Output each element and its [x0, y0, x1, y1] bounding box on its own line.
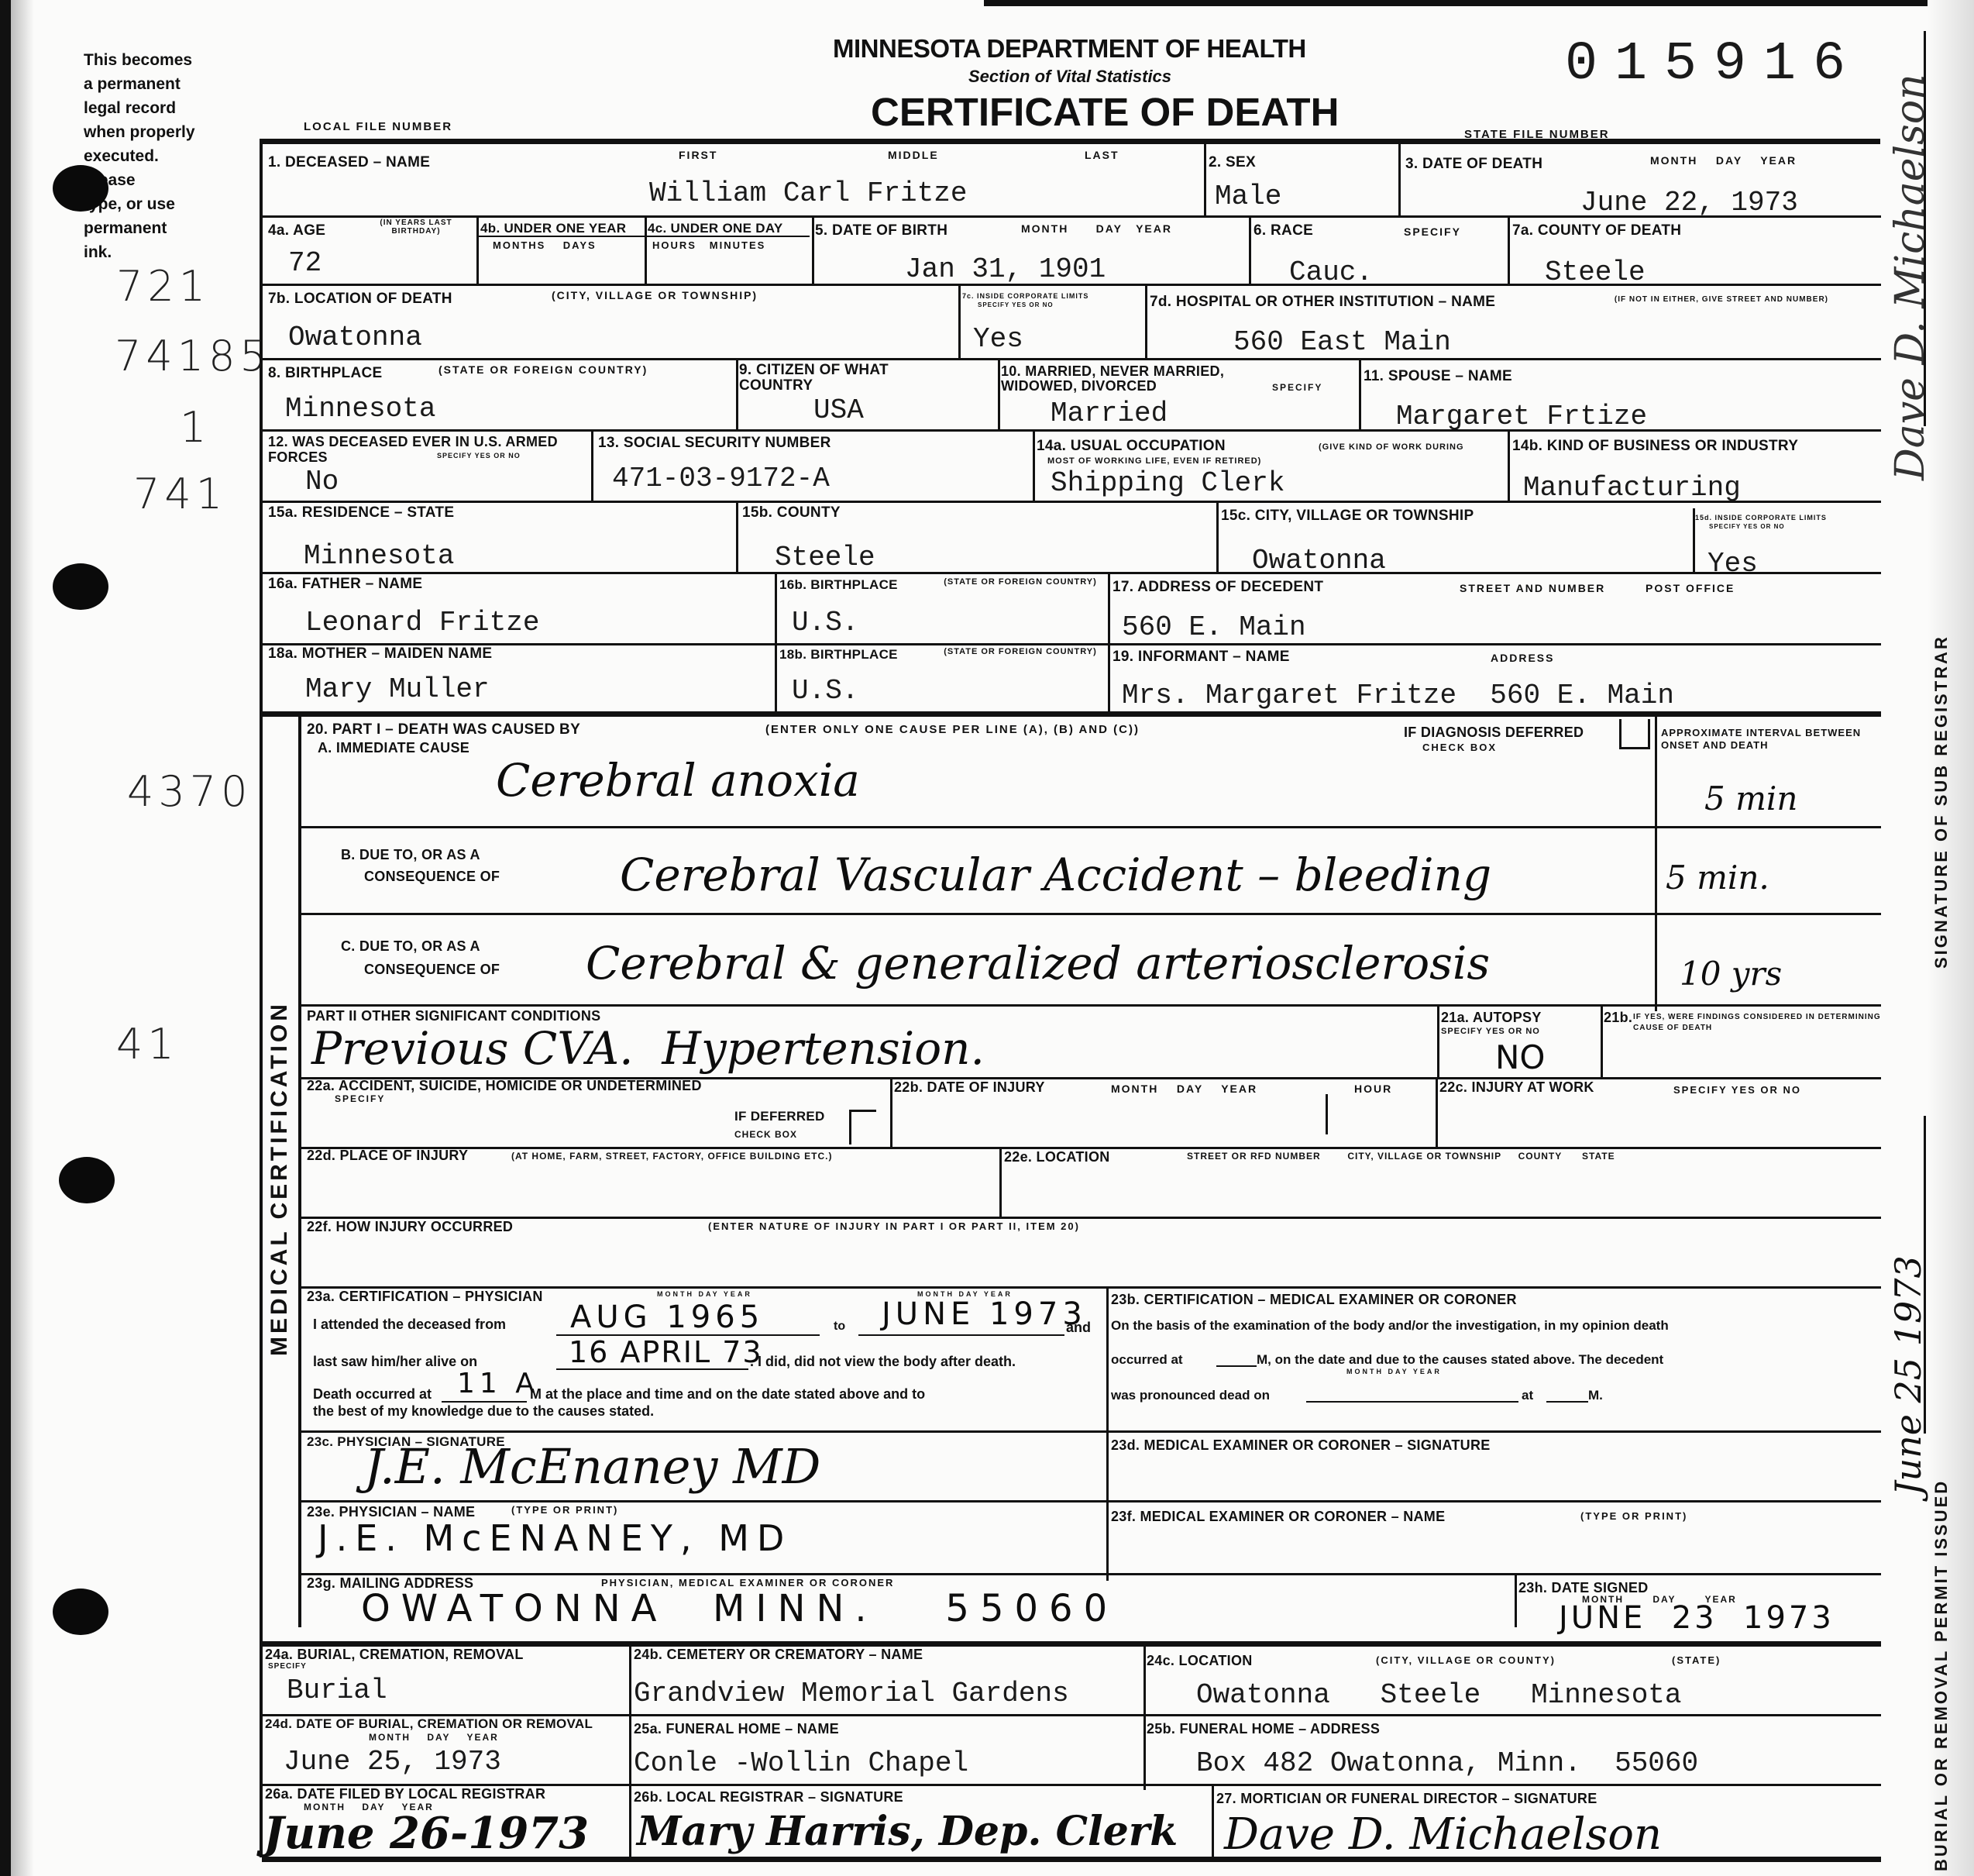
field-7d-label: 7d. HOSPITAL OR OTHER INSTITUTION – NAME — [1150, 294, 1495, 309]
cause-b-interval[interactable]: 5 min. — [1666, 862, 1769, 894]
field-2-label: 2. SEX — [1209, 155, 1256, 170]
margin-number: 721 — [116, 262, 210, 311]
medical-left-border — [298, 717, 301, 1627]
row-divider — [301, 826, 1881, 828]
field-22a-label: 22a. ACCIDENT, SUICIDE, HOMICIDE OR UNDE… — [307, 1079, 702, 1093]
notice-line: This becomes — [84, 48, 195, 72]
field-16a-label: 16a. FATHER – NAME — [268, 577, 422, 591]
field-22d-hint: (AT HOME, FARM, STREET, FACTORY, OFFICE … — [511, 1150, 914, 1162]
county-of-death-value[interactable]: Steele — [1545, 259, 1646, 287]
hospital-value[interactable]: 560 East Main — [1233, 329, 1451, 356]
location-of-death-value[interactable]: Owatonna — [288, 324, 422, 352]
diagnosis-deferred-label: IF DIAGNOSIS DEFERRED — [1404, 725, 1584, 739]
citizen-value[interactable]: USA — [813, 397, 864, 425]
divider — [1143, 1643, 1146, 1790]
cause-c-label-2: CONSEQUENCE OF — [364, 962, 500, 976]
physician-name-value[interactable]: J.E. McENANEY, MD — [318, 1520, 792, 1556]
divider — [736, 501, 738, 572]
field-7b-hint: (CITY, VILLAGE OR TOWNSHIP) — [552, 290, 758, 301]
field-15a-label: 15a. RESIDENCE – STATE — [268, 505, 454, 520]
field-9-label: 9. CITIZEN OF WHAT COUNTRY — [739, 363, 917, 394]
section-divider — [262, 711, 1881, 717]
inside-limits-value[interactable]: Yes — [973, 325, 1023, 353]
row-divider — [301, 1573, 1881, 1575]
field-1-first-label: FIRST — [679, 150, 717, 160]
field-22e-label: 22e. LOCATION — [1004, 1150, 1110, 1164]
form-left-border — [260, 139, 263, 1857]
cause-c-interval[interactable]: 10 yrs — [1680, 958, 1782, 990]
field-12-label: 12. WAS DECEASED EVER IN U.S. ARMED FORC… — [268, 434, 593, 465]
field-5-cols: MONTH DAY YEAR — [1021, 223, 1172, 234]
diagnosis-deferred-hint: CHECK BOX — [1422, 742, 1497, 752]
field-22e-cols: STREET OR RFD NUMBER CITY, VILLAGE OR TO… — [1187, 1151, 1615, 1161]
punch-hole — [53, 165, 108, 212]
field-24c-state-hint: (STATE) — [1672, 1655, 1721, 1665]
me-cols: MONTH DAY YEAR — [1346, 1368, 1442, 1375]
field-1-label: 1. DECEASED – NAME — [268, 155, 430, 170]
divider — [1249, 215, 1251, 284]
mother-birthplace-value[interactable]: U.S. — [792, 677, 858, 705]
last-seen-value[interactable]: 16 APRIL 73 — [569, 1337, 763, 1367]
divider — [1508, 429, 1510, 501]
field-22c-label: 22c. INJURY AT WORK — [1439, 1080, 1594, 1094]
notice-line: ink. — [84, 240, 195, 264]
interval-label: APPROXIMATE INTERVAL BETWEEN ONSET AND D… — [1661, 727, 1878, 752]
row-divider — [262, 215, 1881, 218]
field-7d-hint: (IF NOT IN EITHER, GIVE STREET AND NUMBE… — [1596, 296, 1828, 305]
scan-shadow — [11, 0, 34, 1876]
field-3-cols: MONTH DAY YEAR — [1650, 155, 1797, 166]
field-23e-hint: (TYPE OR PRINT) — [434, 1505, 618, 1515]
cert-line-3a: Death occurred at — [313, 1387, 432, 1401]
blank-line — [1306, 1401, 1518, 1403]
notice-line: permanent — [84, 216, 195, 240]
cause-b-label-2: CONSEQUENCE OF — [364, 869, 500, 883]
state-file-number: 015916 — [1565, 34, 1862, 95]
father-birthplace-value[interactable]: U.S. — [792, 609, 858, 637]
field-1-last-label: LAST — [1085, 150, 1119, 160]
field-21b-label: 21b. — [1604, 1010, 1632, 1024]
field-4c-cols: HOURS MINUTES — [652, 240, 765, 250]
field-25a-label: 25a. FUNERAL HOME – NAME — [634, 1722, 839, 1736]
field-4c-label: 4c. UNDER ONE DAY — [648, 222, 783, 235]
autopsy-value[interactable]: NO — [1495, 1041, 1545, 1074]
cert-line-4: the best of my knowledge due to the caus… — [313, 1404, 654, 1418]
row-divider — [262, 284, 1881, 286]
cert-line-2a: last saw him/her alive on — [313, 1355, 477, 1368]
field-23b-label: 23b. CERTIFICATION – MEDICAL EXAMINER OR… — [1111, 1293, 1517, 1306]
row-divider — [301, 1004, 1881, 1007]
divider — [1436, 1077, 1438, 1147]
field-14b-label: 14b. KIND OF BUSINESS OR INDUSTRY — [1512, 439, 1798, 453]
field-22b-hour: HOUR — [1354, 1083, 1392, 1094]
field-22a-deferred: IF DEFERRED — [734, 1110, 825, 1123]
residence-state-value[interactable]: Minnesota — [304, 542, 454, 570]
section-heading: Section of Vital Statistics — [968, 67, 1171, 87]
divider — [1033, 429, 1035, 501]
field-4b-label: 4b. UNDER ONE YEAR — [480, 222, 626, 235]
cause-a-label: A. IMMEDIATE CAUSE — [318, 741, 469, 755]
punch-hole — [53, 1589, 108, 1635]
funeral-home-address-value[interactable]: Box 482 Owatonna, Minn. 55060 — [1196, 1750, 1698, 1778]
cause-c-label-1: C. DUE TO, OR AS A — [341, 939, 480, 953]
field-11-label: 11. SPOUSE – NAME — [1364, 369, 1512, 384]
burial-permit-label: BURIAL OR REMOVAL PERMIT ISSUED — [1933, 1479, 1950, 1871]
divider — [890, 1077, 892, 1147]
burial-date-value[interactable]: June 25, 1973 — [284, 1748, 501, 1776]
informant-value[interactable]: Mrs. Margaret Fritze 560 E. Main — [1122, 682, 1674, 710]
field-24a-label: 24a. BURIAL, CREMATION, REMOVAL — [265, 1647, 524, 1661]
sex-value[interactable]: Male — [1215, 183, 1281, 211]
death-time-value[interactable]: 11 A — [457, 1370, 539, 1398]
blank-line — [556, 1368, 748, 1370]
divider — [1601, 1006, 1603, 1077]
residence-county-value[interactable]: Steele — [775, 544, 875, 572]
row-divider — [301, 1500, 1881, 1503]
divider — [775, 572, 777, 711]
mailing-address-value[interactable]: OWATONNA MINN. 55060 — [361, 1590, 1118, 1627]
divider — [736, 358, 738, 429]
field-24a-hint: SPECIFY — [268, 1663, 307, 1671]
field-22d-label: 22d. PLACE OF INJURY — [307, 1148, 468, 1162]
field-8-label: 8. BIRTHPLACE — [268, 366, 382, 380]
scan-edge-top — [984, 0, 1974, 6]
field-27-label: 27. MORTICIAN OR FUNERAL DIRECTOR – SIGN… — [1216, 1792, 1597, 1805]
cert-line-1c: and — [1066, 1320, 1091, 1334]
field-18b-hint: (STATE OR FOREIGN COUNTRY) — [933, 648, 1108, 657]
cert-line-2b: . I did, did not view the body after dea… — [750, 1355, 1016, 1368]
punch-hole — [53, 563, 108, 610]
local-file-number-label: LOCAL FILE NUMBER — [304, 121, 452, 133]
field-4a-label: 4a. AGE — [268, 223, 325, 238]
cause-c-value[interactable]: Cerebral & generalized arteriosclerosis — [586, 941, 1490, 986]
part-2-label: PART II OTHER SIGNIFICANT CONDITIONS — [307, 1009, 600, 1023]
me-line-3c: M. — [1588, 1389, 1603, 1402]
burial-location-value[interactable]: Owatonna Steele Minnesota — [1196, 1682, 1682, 1709]
ssn-value[interactable]: 471-03-9172-A — [612, 465, 830, 493]
cemetery-value[interactable]: Grandview Memorial Gardens — [634, 1680, 1069, 1708]
decedent-address-value[interactable]: 560 E. Main — [1122, 614, 1306, 642]
divider — [1508, 215, 1510, 284]
age-value[interactable]: 72 — [288, 250, 322, 277]
divider — [1398, 144, 1401, 215]
burial-permit-date: June 25 1973 — [1890, 1255, 1926, 1496]
row-divider — [301, 1217, 1881, 1219]
date-filed-value[interactable]: June 26-1973 — [263, 1812, 589, 1855]
margin-number: 74185 — [115, 332, 271, 380]
row-divider — [262, 429, 1881, 432]
attended-from-value[interactable]: AUG 1965 — [570, 1302, 764, 1333]
row-divider — [301, 913, 1881, 915]
scan-edge-left — [0, 0, 11, 1876]
field-10-label: 10. MARRIED, NEVER MARRIED, WIDOWED, DIV… — [1001, 364, 1226, 394]
disposition-value[interactable]: Burial — [287, 1677, 387, 1705]
notice-line: when properly — [84, 120, 195, 144]
divider — [645, 215, 647, 284]
field-22b-label: 22b. DATE OF INJURY — [894, 1080, 1045, 1094]
row-divider — [262, 358, 1881, 360]
field-16b-hint: (STATE OR FOREIGN COUNTRY) — [933, 578, 1108, 587]
divider — [1326, 1094, 1328, 1134]
date-signed-value[interactable]: JUNE 23 1973 — [1559, 1602, 1835, 1633]
cause-a-value[interactable]: Cerebral anoxia — [496, 758, 860, 803]
row-divider — [301, 1430, 1881, 1433]
certificate-page: This becomes a permanent legal record wh… — [0, 0, 1974, 1876]
field-22f-label: 22f. HOW INJURY OCCURRED — [307, 1220, 513, 1234]
section-divider — [262, 1641, 1881, 1647]
field-8-hint: (STATE OR FOREIGN COUNTRY) — [438, 364, 648, 375]
divider — [629, 1643, 631, 1861]
diagnosis-deferred-checkbox[interactable] — [1619, 719, 1650, 749]
me-line-3a: was pronounced dead on — [1111, 1389, 1270, 1402]
injury-deferred-checkbox[interactable] — [849, 1110, 876, 1145]
field-20-hint: (ENTER ONLY ONE CAUSE PER LINE (A), (B) … — [765, 724, 1140, 735]
mother-name-value[interactable]: Mary Muller — [305, 676, 490, 704]
me-line-3b: at — [1522, 1389, 1533, 1402]
divider — [998, 358, 1000, 429]
divider — [1145, 284, 1147, 358]
divider — [591, 429, 593, 501]
notice-line: a permanent — [84, 72, 195, 96]
physician-signature[interactable]: J.E. McEnaney MD — [364, 1443, 820, 1491]
field-24b-label: 24b. CEMETERY OR CREMATORY – NAME — [634, 1647, 923, 1661]
field-21a-label: 21a. AUTOPSY — [1441, 1010, 1542, 1024]
row-divider — [262, 501, 1881, 503]
page-title: CERTIFICATE OF DEATH — [871, 89, 1339, 135]
field-22c-hint: SPECIFY YES OR NO — [1673, 1085, 1801, 1095]
field-15d-hint: SPECIFY YES OR NO — [1709, 524, 1785, 530]
field-10-hint: SPECIFY — [1272, 383, 1322, 392]
field-22a-hint: SPECIFY — [335, 1094, 385, 1103]
margin-number: 1 — [180, 403, 211, 452]
sub-registrar-signature-label: SIGNATURE OF SUB REGISTRAR — [1933, 635, 1950, 969]
field-24d-cols: MONTH DAY YEAR — [369, 1733, 499, 1742]
divider — [1204, 144, 1206, 215]
field-17-po-label: POST OFFICE — [1646, 583, 1735, 594]
me-line-2a: occurred at — [1111, 1353, 1183, 1366]
field-4b-cols: MONTHS DAYS — [493, 240, 597, 250]
field-22b-cols: MONTH DAY YEAR — [1111, 1083, 1257, 1094]
attended-to-value[interactable]: JUNE 1973 — [882, 1299, 1087, 1330]
row-divider — [262, 643, 1881, 645]
mortician-signature[interactable]: Dave D. Michaelson — [1224, 1813, 1662, 1857]
field-19-label: 19. INFORMANT – NAME — [1113, 649, 1290, 664]
field-21b-hint: IF YES, WERE FINDINGS CONSIDERED IN DETE… — [1633, 1012, 1881, 1034]
margin-number: 4370 — [127, 767, 252, 816]
cert-line-1b: to — [834, 1320, 845, 1333]
row-divider — [262, 572, 1881, 574]
field-15b-label: 15b. COUNTY — [742, 505, 841, 520]
cert-line-1a: I attended the deceased from — [313, 1317, 506, 1331]
margin-notice: This becomes a permanent legal record wh… — [84, 48, 195, 264]
burial-permit-line — [1924, 1116, 1926, 1434]
field-22f-hint: (ENTER NATURE OF INJURY IN PART I OR PAR… — [708, 1221, 1080, 1231]
field-7b-label: 7b. LOCATION OF DEATH — [268, 291, 452, 306]
armed-forces-value[interactable]: No — [305, 468, 339, 496]
field-17-street-label: STREET AND NUMBER — [1460, 583, 1605, 594]
cause-b-label-1: B. DUE TO, OR AS A — [341, 848, 480, 862]
divider — [1655, 717, 1657, 1011]
race-value[interactable]: Cauc. — [1289, 259, 1373, 287]
cert-line-3b: M at the place and time and on the date … — [530, 1387, 925, 1401]
field-5-label: 5. DATE OF BIRTH — [815, 223, 947, 238]
margin-number: 741 — [133, 470, 227, 518]
field-21a-hint: SPECIFY YES OR NO — [1441, 1027, 1540, 1037]
field-24c-label: 24c. LOCATION — [1147, 1654, 1253, 1668]
field-6-hint: SPECIFY — [1404, 226, 1461, 237]
form-top-border — [260, 139, 1880, 144]
field-4a-hint: (IN YEARS LAST BIRTHDAY) — [358, 219, 474, 236]
spouse-value[interactable]: Margaret Frtize — [1396, 403, 1647, 431]
field-7a-label: 7a. COUNTY OF DEATH — [1512, 223, 1681, 238]
field-23h-label: 23h. DATE SIGNED — [1518, 1581, 1649, 1595]
blank-line — [1546, 1401, 1588, 1403]
marital-status-value[interactable]: Married — [1051, 400, 1168, 428]
margin-number: 41 — [116, 1020, 179, 1069]
blank-line — [1216, 1365, 1257, 1367]
field-15d-label: 15d. INSIDE CORPORATE LIMITS — [1695, 515, 1827, 521]
department-heading: MINNESOTA DEPARTMENT OF HEALTH — [833, 34, 1306, 64]
punch-hole — [59, 1157, 115, 1203]
field-15c-label: 15c. CITY, VILLAGE OR TOWNSHIP — [1221, 508, 1474, 523]
notice-line: executed. — [84, 144, 195, 168]
field-7c-hint: SPECIFY YES OR NO — [978, 302, 1054, 308]
field-1-middle-label: MIDDLE — [888, 150, 939, 160]
divider — [1108, 572, 1110, 711]
funeral-home-value[interactable]: Conle -Wollin Chapel — [634, 1750, 968, 1778]
field-23d-label: 23d. MEDICAL EXAMINER OR CORONER – SIGNA… — [1111, 1438, 1491, 1452]
blank-line — [442, 1401, 527, 1403]
field-26b-label: 26b. LOCAL REGISTRAR – SIGNATURE — [634, 1790, 903, 1804]
field-7c-label: 7c. INSIDE CORPORATE LIMITS — [962, 293, 1088, 300]
field-18b-label: 18b. BIRTHPLACE — [779, 648, 898, 661]
cause-b-value[interactable]: Cerebral Vascular Accident – bleeding — [620, 852, 1491, 897]
date-of-birth-value[interactable]: Jan 31, 1901 — [905, 256, 1106, 284]
deceased-name-value[interactable]: William Carl Fritze — [649, 180, 967, 208]
field-18a-label: 18a. MOTHER – MAIDEN NAME — [268, 646, 492, 661]
blank-line — [858, 1334, 1064, 1336]
divider — [1437, 1006, 1439, 1077]
medical-certification-label: MEDICAL CERTIFICATION — [268, 1001, 291, 1356]
field-23a-cols-1: MONTH DAY YEAR — [657, 1291, 752, 1298]
field-13-label: 13. SOCIAL SECURITY NUMBER — [598, 435, 831, 450]
occupation-value[interactable]: Shipping Clerk — [1051, 470, 1284, 497]
field-24d-label: 24d. DATE OF BURIAL, CREMATION OR REMOVA… — [265, 1717, 621, 1731]
field-3-label: 3. DATE OF DEATH — [1405, 157, 1542, 171]
divider — [476, 215, 479, 284]
father-name-value[interactable]: Leonard Fritze — [305, 609, 539, 637]
cause-a-interval[interactable]: 5 min — [1704, 783, 1797, 815]
field-20-label: 20. PART I – DEATH WAS CAUSED BY — [307, 722, 580, 737]
field-12-hint: SPECIFY YES OR NO — [437, 453, 521, 460]
divider — [812, 215, 814, 284]
me-line-2b: M, on the date and due to the causes sta… — [1257, 1353, 1663, 1366]
field-22a-check: CHECK BOX — [734, 1130, 797, 1139]
field-25b-label: 25b. FUNERAL HOME – ADDRESS — [1147, 1722, 1380, 1736]
divider — [1359, 358, 1361, 429]
divider — [1216, 501, 1219, 572]
notice-line: legal record — [84, 96, 195, 120]
divider — [1515, 1573, 1517, 1627]
field-17-label: 17. ADDRESS OF DECEDENT — [1113, 580, 1323, 594]
birthplace-value[interactable]: Minnesota — [285, 395, 435, 423]
field-14a-hint: (GIVE KIND OF WORK DURING MOST OF WORKIN… — [1047, 440, 1481, 468]
local-registrar-signature[interactable]: Mary Harris, Dep. Clerk — [637, 1812, 1178, 1852]
field-6-label: 6. RACE — [1254, 223, 1313, 238]
me-line-1: On the basis of the examination of the b… — [1111, 1319, 1669, 1332]
field-23a-label: 23a. CERTIFICATION – PHYSICIAN — [307, 1289, 543, 1303]
sub-registrar-line — [1924, 31, 1926, 426]
divider — [1106, 1286, 1109, 1581]
field-26a-label: 26a. DATE FILED BY LOCAL REGISTRAR — [265, 1787, 545, 1801]
date-of-death-value[interactable]: June 22, 1973 — [1580, 189, 1798, 217]
field-19-address-label: ADDRESS — [1491, 652, 1554, 663]
divider — [1212, 1784, 1214, 1861]
divider — [476, 236, 810, 237]
field-23f-hint: (TYPE OR PRINT) — [1580, 1511, 1687, 1521]
field-24c-hint: (CITY, VILLAGE OR COUNTY) — [1376, 1655, 1556, 1665]
field-16b-label: 16b. BIRTHPLACE — [779, 578, 898, 591]
field-23f-label: 23f. MEDICAL EXAMINER OR CORONER – NAME — [1111, 1509, 1445, 1523]
part-2-value[interactable]: Previous CVA. Hypertension. — [311, 1026, 985, 1071]
industry-value[interactable]: Manufacturing — [1523, 474, 1741, 502]
divider — [958, 284, 961, 358]
form-bottom-border — [262, 1857, 1881, 1862]
divider — [999, 1147, 1002, 1217]
residence-city-value[interactable]: Owatonna — [1252, 547, 1386, 575]
